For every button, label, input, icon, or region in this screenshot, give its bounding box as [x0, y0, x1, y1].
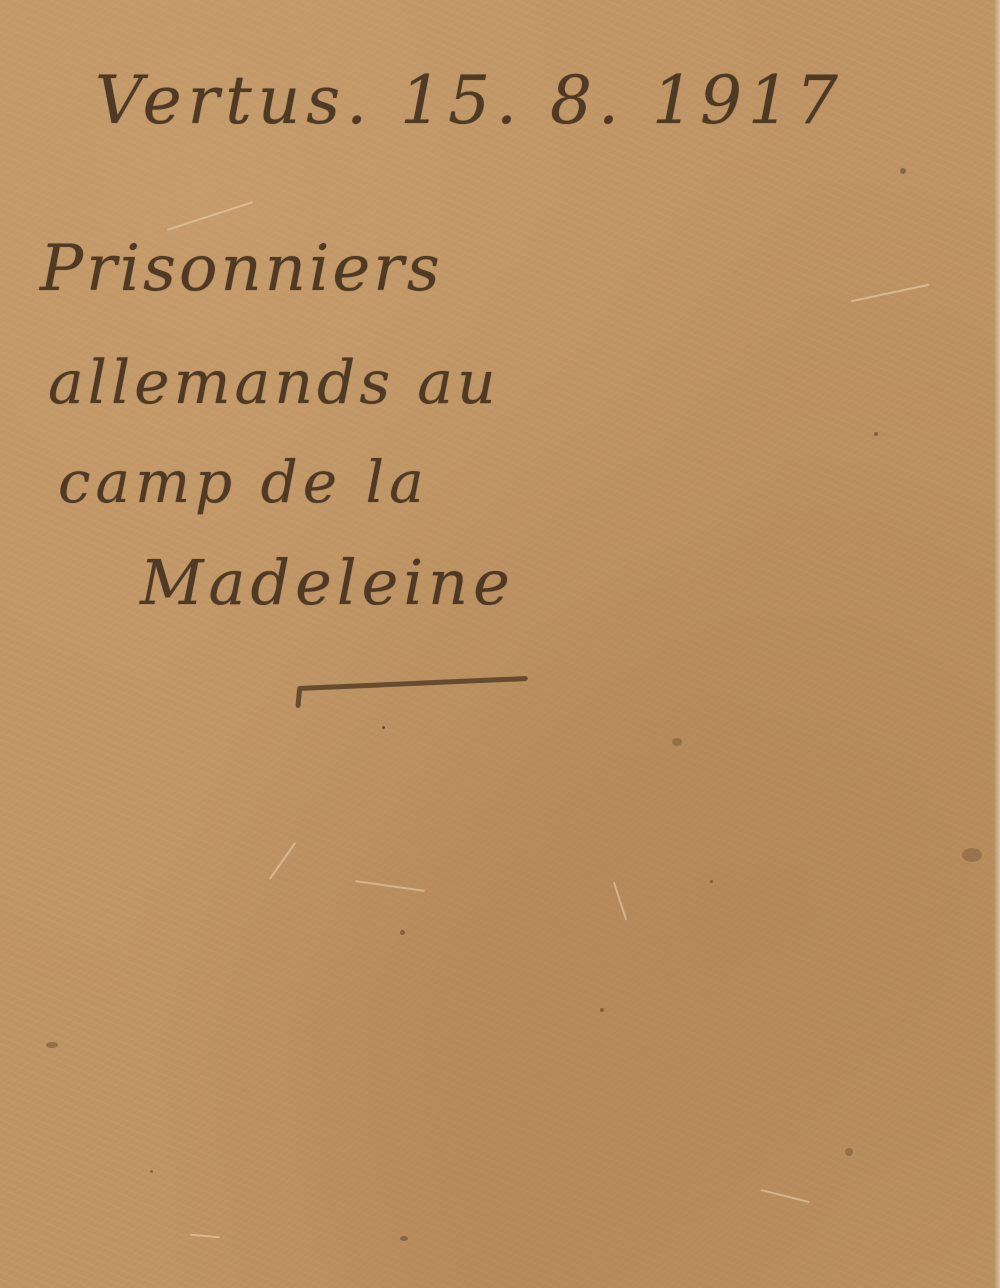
- paper-fiber: [355, 880, 425, 892]
- paper-fleck: [900, 168, 906, 174]
- place-and-date-line: Vertus. 15. 8. 1917: [95, 62, 844, 139]
- paper-fleck: [874, 432, 878, 436]
- paper-fleck: [46, 1042, 58, 1048]
- kraft-paper-sheet: Vertus. 15. 8. 1917 Prisonniers allemand…: [0, 0, 1000, 1288]
- caption-line-3: camp de la: [58, 448, 429, 516]
- paper-fleck: [845, 1148, 853, 1156]
- paper-fleck: [400, 930, 405, 935]
- caption-line-4: Madeleine: [140, 546, 515, 619]
- caption-line-1: Prisonniers: [40, 232, 443, 306]
- paper-fleck: [600, 1008, 604, 1012]
- closing-underline-mark: [298, 676, 528, 691]
- paper-fiber: [190, 1234, 220, 1239]
- paper-fiber: [613, 882, 627, 921]
- caption-line-2: allemands au: [48, 348, 500, 418]
- paper-fleck: [962, 848, 982, 862]
- paper-fleck: [672, 738, 682, 746]
- paper-fleck: [710, 880, 713, 883]
- paper-fiber: [167, 201, 253, 231]
- paper-fleck: [382, 726, 385, 729]
- paper-fiber: [761, 1189, 810, 1203]
- paper-fiber: [269, 842, 296, 880]
- paper-fleck: [400, 1236, 408, 1241]
- paper-fleck: [150, 1170, 153, 1173]
- paper-fiber: [851, 284, 930, 303]
